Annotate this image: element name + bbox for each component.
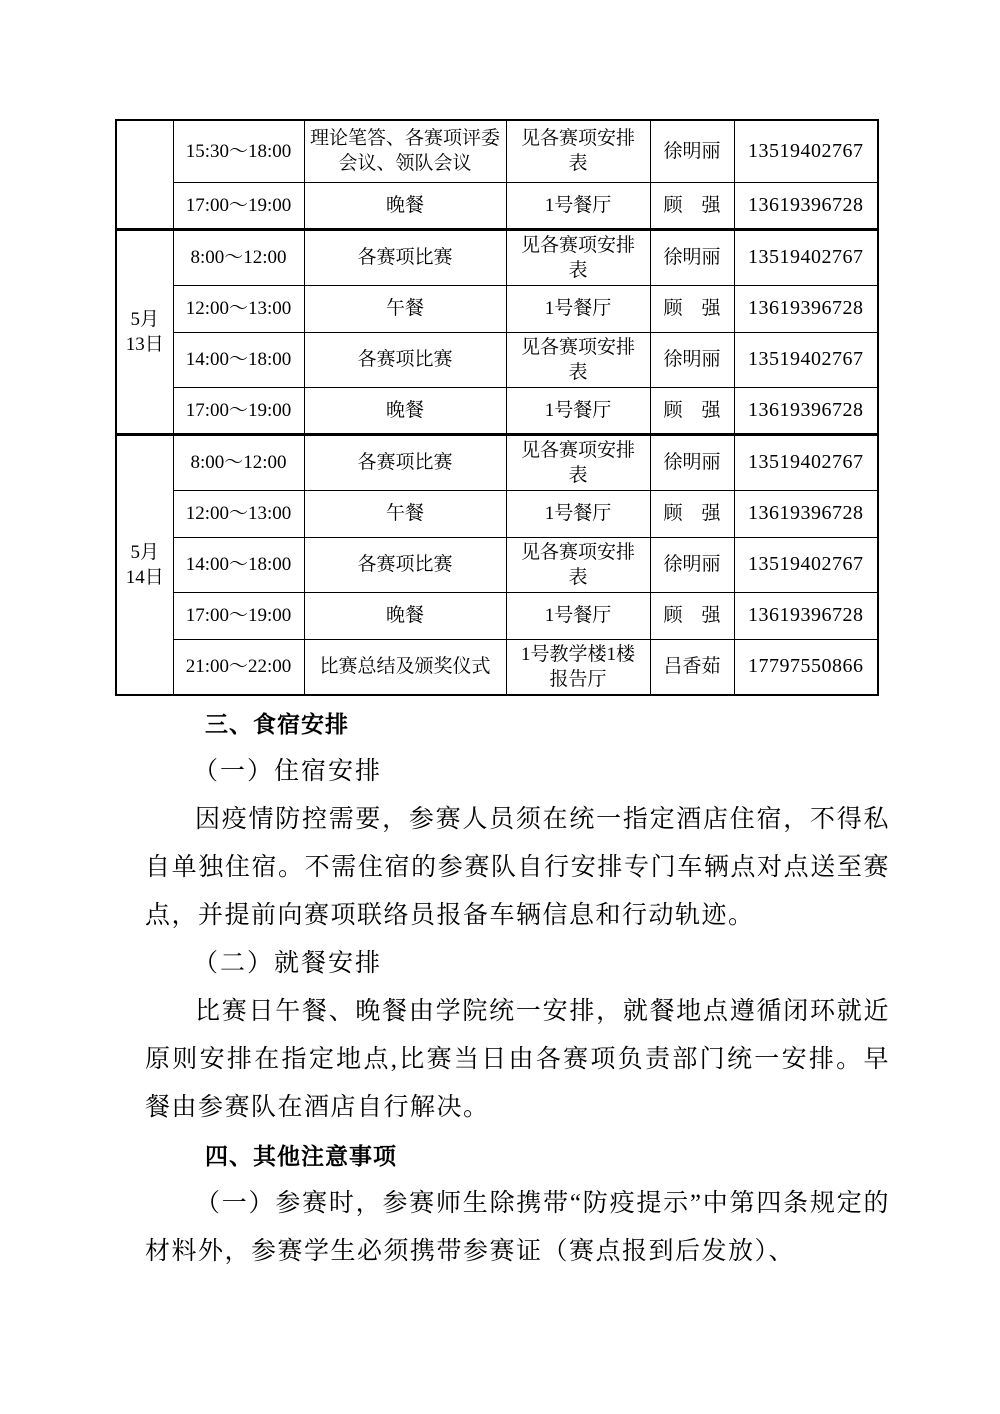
activity-cell: 晚餐 [304,592,506,639]
subsection-dining-heading: （二）就餐安排 [145,940,890,988]
activity-cell: 晚餐 [304,387,506,434]
contact-cell: 吕香茹 [650,639,734,695]
time-cell: 15:30～18:00 [173,120,304,182]
time-cell: 8:00～12:00 [173,434,304,490]
location-cell: 1号餐厅 [506,285,650,332]
activity-cell: 各赛项比赛 [304,537,506,592]
table-row: 17:00～19:00 晚餐 1号餐厅 顾 强 13619396728 [116,592,878,639]
contact-cell: 徐明丽 [650,434,734,490]
phone-cell: 13619396728 [734,182,878,229]
table-row: 14:00～18:00 各赛项比赛 见各赛项安排 表 徐明丽 135194027… [116,537,878,592]
phone-cell: 13619396728 [734,285,878,332]
time-cell: 12:00～13:00 [173,490,304,537]
phone-cell: 13519402767 [734,434,878,490]
time-cell: 14:00～18:00 [173,332,304,387]
phone-cell: 13519402767 [734,332,878,387]
contact-cell: 徐明丽 [650,229,734,285]
activity-cell: 午餐 [304,490,506,537]
location-cell: 1号餐厅 [506,490,650,537]
time-cell: 17:00～19:00 [173,387,304,434]
activity-cell: 晚餐 [304,182,506,229]
contact-cell: 顾 强 [650,490,734,537]
table-row: 12:00～13:00 午餐 1号餐厅 顾 强 13619396728 [116,490,878,537]
location-cell: 见各赛项安排 表 [506,434,650,490]
table-row: 14:00～18:00 各赛项比赛 见各赛项安排 表 徐明丽 135194027… [116,332,878,387]
time-cell: 17:00～19:00 [173,592,304,639]
time-cell: 21:00～22:00 [173,639,304,695]
schedule-table: 15:30～18:00 理论笔答、各赛项评委 会议、领队会议 见各赛项安排 表 … [115,119,879,696]
location-cell: 见各赛项安排 表 [506,229,650,285]
location-cell: 1号餐厅 [506,387,650,434]
content-sections: 三、食宿安排 （一）住宿安排 因疫情防控需要，参赛人员须在统一指定酒店住宿，不得… [145,700,890,1276]
activity-cell: 午餐 [304,285,506,332]
date-cell: 5月 13日 [116,229,173,434]
time-cell: 8:00～12:00 [173,229,304,285]
section-heading-notes: 四、其他注意事项 [145,1132,890,1180]
paragraph-dining: 比赛日午餐、晚餐由学院统一安排，就餐地点遵循闭环就近原则安排在指定地点,比赛当日… [145,988,890,1132]
phone-cell: 13619396728 [734,490,878,537]
phone-cell: 13619396728 [734,592,878,639]
paragraph-lodging: 因疫情防控需要，参赛人员须在统一指定酒店住宿，不得私自单独住宿。不需住宿的参赛队… [145,796,890,940]
time-cell: 17:00～19:00 [173,182,304,229]
contact-cell: 顾 强 [650,182,734,229]
contact-cell: 顾 强 [650,387,734,434]
table-row: 5月 14日 8:00～12:00 各赛项比赛 见各赛项安排 表 徐明丽 135… [116,434,878,490]
table-row: 12:00～13:00 午餐 1号餐厅 顾 强 13619396728 [116,285,878,332]
activity-cell: 各赛项比赛 [304,434,506,490]
section-heading-accommodation: 三、食宿安排 [145,700,890,748]
phone-cell: 13619396728 [734,387,878,434]
activity-cell: 比赛总结及颁奖仪式 [304,639,506,695]
phone-cell: 13519402767 [734,229,878,285]
time-cell: 14:00～18:00 [173,537,304,592]
paragraph-notes: （一）参赛时，参赛师生除携带“防疫提示”中第四条规定的材料外，参赛学生必须携带参… [145,1180,890,1276]
contact-cell: 顾 强 [650,285,734,332]
table-row: 21:00～22:00 比赛总结及颁奖仪式 1号教学楼1楼 报告厅 吕香茹 17… [116,639,878,695]
contact-cell: 顾 强 [650,592,734,639]
document-page: 15:30～18:00 理论笔答、各赛项评委 会议、领队会议 见各赛项安排 表 … [0,0,1000,1414]
activity-cell: 各赛项比赛 [304,229,506,285]
table-row: 5月 13日 8:00～12:00 各赛项比赛 见各赛项安排 表 徐明丽 135… [116,229,878,285]
subsection-lodging-heading: （一）住宿安排 [145,748,890,796]
phone-cell: 13519402767 [734,537,878,592]
date-cell: 5月 14日 [116,434,173,695]
table-row: 17:00～19:00 晚餐 1号餐厅 顾 强 13619396728 [116,387,878,434]
date-cell [116,120,173,229]
phone-cell: 13519402767 [734,120,878,182]
time-cell: 12:00～13:00 [173,285,304,332]
activity-cell: 理论笔答、各赛项评委 会议、领队会议 [304,120,506,182]
table-row: 17:00～19:00 晚餐 1号餐厅 顾 强 13619396728 [116,182,878,229]
location-cell: 见各赛项安排 表 [506,332,650,387]
activity-cell: 各赛项比赛 [304,332,506,387]
location-cell: 1号餐厅 [506,592,650,639]
contact-cell: 徐明丽 [650,537,734,592]
location-cell: 1号教学楼1楼 报告厅 [506,639,650,695]
contact-cell: 徐明丽 [650,120,734,182]
location-cell: 见各赛项安排 表 [506,537,650,592]
location-cell: 1号餐厅 [506,182,650,229]
phone-cell: 17797550866 [734,639,878,695]
location-cell: 见各赛项安排 表 [506,120,650,182]
table-row: 15:30～18:00 理论笔答、各赛项评委 会议、领队会议 见各赛项安排 表 … [116,120,878,182]
contact-cell: 徐明丽 [650,332,734,387]
